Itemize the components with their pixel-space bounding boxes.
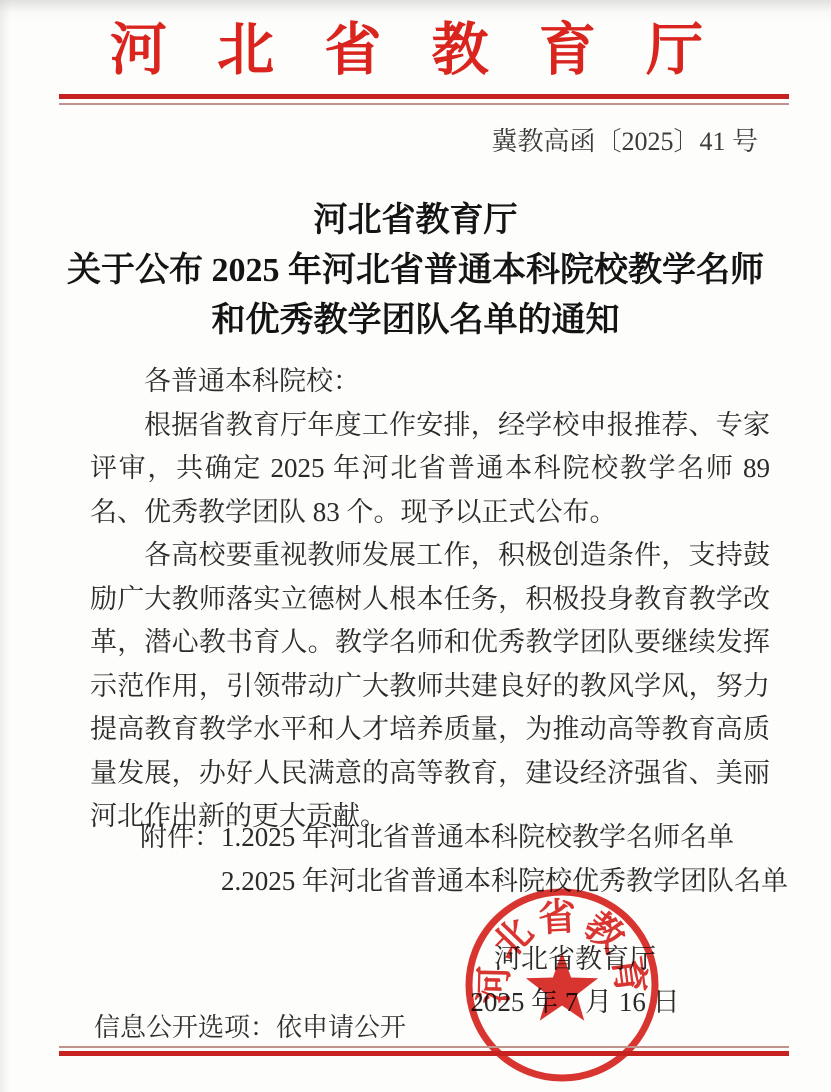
- attachments-label: 附件：: [140, 816, 221, 860]
- header-rule-thin: [59, 103, 789, 105]
- document-number: 冀教高函〔2025〕41 号: [491, 124, 758, 160]
- document-title: 河北省教育厅 关于公布 2025 年河北省普通本科院校教学名师 和优秀教学团队名…: [40, 196, 791, 346]
- official-seal: 河北省教育厅: [452, 875, 672, 1092]
- red-star-icon: [526, 952, 598, 1021]
- body-paragraph: 各高校要重视教师发展工作，积极创造条件，支持鼓励广大教师落实立德树人根本任务，积…: [90, 534, 770, 839]
- scan-edge-artifact-top: [0, 0, 831, 12]
- attachment-item: 1.2025 年河北省普通本科院校教学名师名单: [221, 816, 788, 860]
- title-line-3: 和优秀教学团队名单的通知: [40, 296, 791, 346]
- title-line-2: 关于公布 2025 年河北省普通本科院校教学名师: [40, 246, 791, 296]
- footer-rule-thin: [59, 1046, 789, 1048]
- footer-rule-thick: [59, 1051, 789, 1056]
- disclosure-option: 信息公开选项：依申请公开: [94, 1010, 406, 1046]
- document-body: 各普通本科院校： 根据省教育厅年度工作安排，经学校申报推荐、专家评审，共确定 2…: [90, 360, 770, 839]
- body-paragraph: 根据省教育厅年度工作安排，经学校申报推荐、专家评审，共确定 2025 年河北省普…: [90, 404, 770, 535]
- salutation: 各普通本科院校：: [90, 360, 770, 404]
- scan-edge-artifact-left: [0, 0, 10, 1092]
- letterhead-agency-name: 河 北 省 教 育 厅: [0, 14, 831, 88]
- title-line-1: 河北省教育厅: [40, 196, 791, 246]
- header-rule-thick: [59, 94, 789, 99]
- document-page: 河 北 省 教 育 厅 冀教高函〔2025〕41 号 河北省教育厅 关于公布 2…: [0, 0, 831, 1092]
